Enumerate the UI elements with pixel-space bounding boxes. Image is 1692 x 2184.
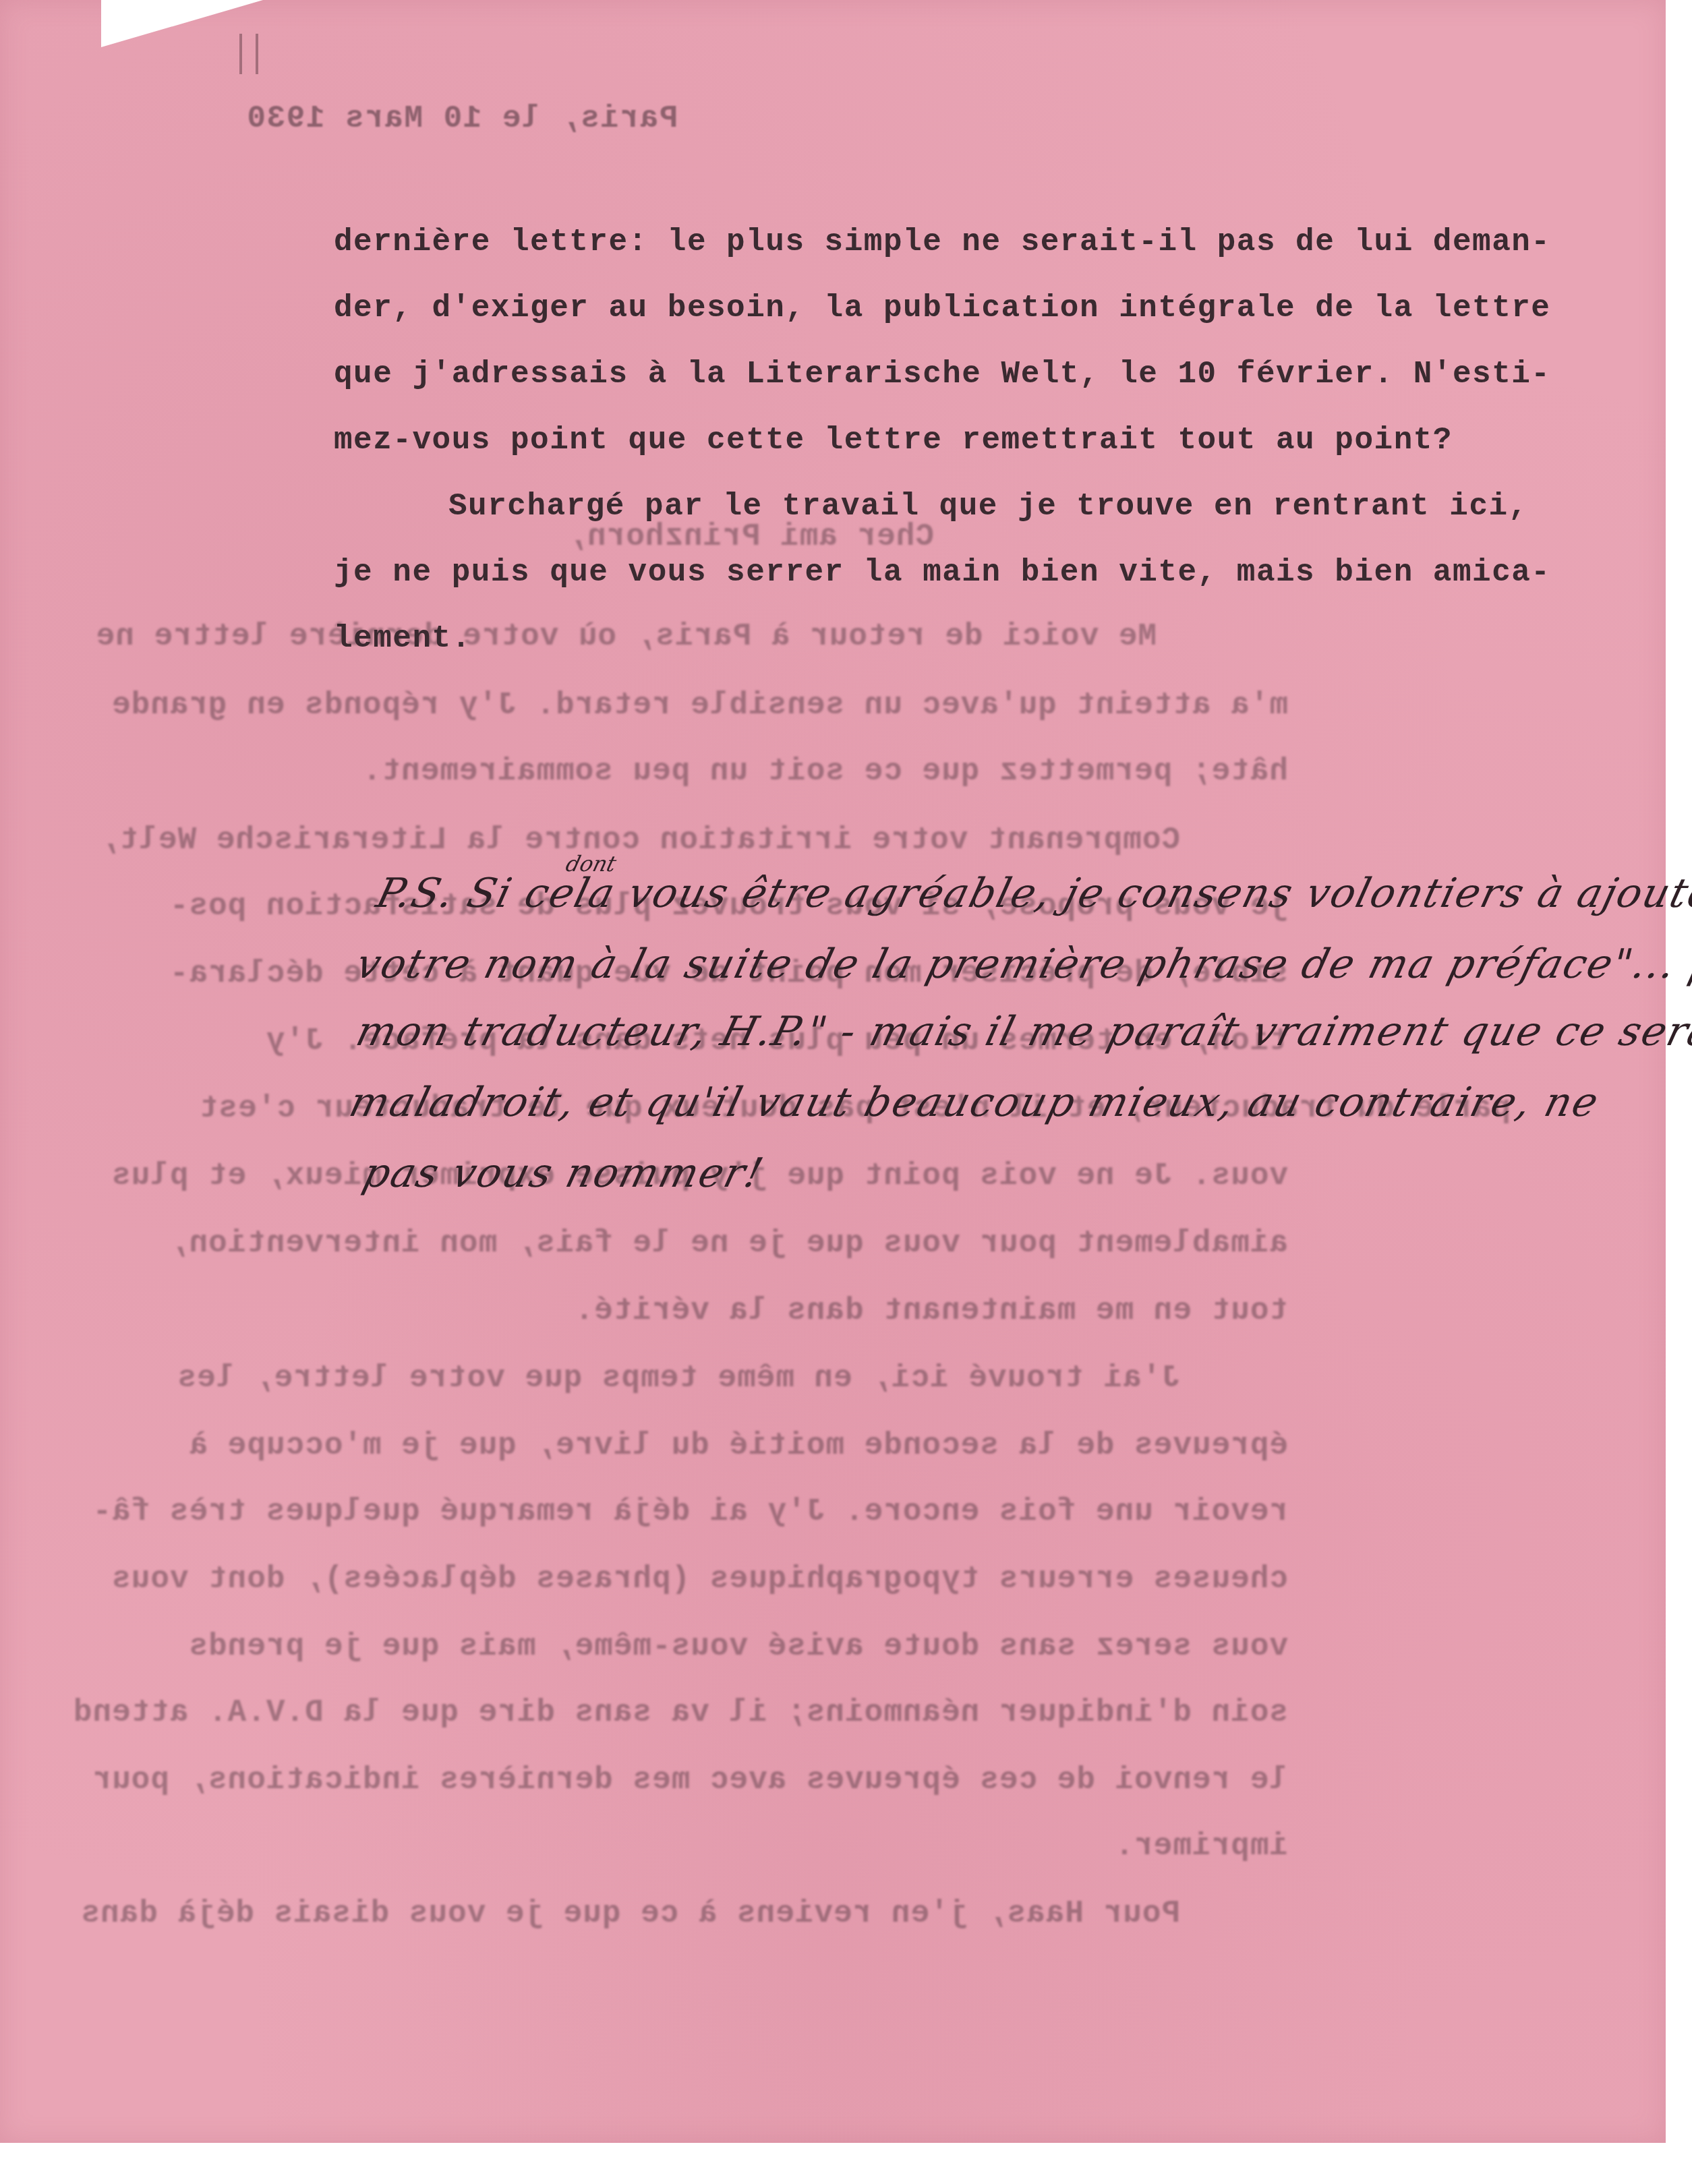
pin-hole-mark [239,34,258,74]
handwritten-line: P.S. Si cela vous être agréable, je cons… [372,870,1692,917]
bleed-line: imprimer. [1115,1829,1288,1864]
bleed-line: tout en me maintenant dans la vérité. [575,1293,1288,1328]
bleed-line: vous serez sans doute avisé vous-même, m… [189,1629,1288,1664]
body-line: Surchargé par le travail que je trouve e… [448,489,1528,524]
bleed-line: hâte; permettez que ce soit un peu somma… [362,754,1288,789]
bleed-line: aimablement pour vous que je ne le fais,… [169,1226,1288,1261]
body-line: je ne puis que vous serrer la main bien … [334,555,1550,590]
bleed-line: soin d'indiquer néanmoins; il va sans di… [73,1695,1288,1730]
handwritten-line: mon traducteur, H.P." - mais il me paraî… [351,1008,1692,1055]
letter-page: Cher ami Prinzhorn, Me voici de retour à… [0,0,1666,2143]
bleed-line: épreuves de la seconde moitié du livre, … [189,1428,1288,1463]
bleed-line: cheuses erreurs typographiques (phrases … [111,1562,1288,1597]
bleed-line: Comprenant votre irritation contre la Li… [100,823,1180,858]
bleed-line: m'a atteint qu'avec un sensible retard. … [111,688,1288,723]
handwritten-line: votre nom à la suite de la première phra… [351,941,1692,988]
torn-corner-notch [101,0,263,47]
handwritten-line: maladroit, et qu'il vaut beaucoup mieux,… [345,1079,1604,1126]
bleed-line: Me voici de retour à Paris, où votre der… [96,619,1157,654]
body-line: der, d'exiger au besoin, la publication … [334,291,1550,326]
handwritten-line: pas vous nommer! [358,1150,769,1197]
bleed-line: revoir une fois encore. J'y ai déjà rema… [92,1494,1288,1529]
date-line: Paris, le 10 Mars 1930 [246,101,678,136]
body-line: mez-vous point que cette lettre remettra… [334,423,1453,458]
bleed-line: Pour Haas, j'en reviens à ce que je vous… [81,1896,1180,1931]
bleed-line: le renvoi de ces épreuves avec mes derni… [92,1763,1288,1798]
body-line: lement. [334,621,471,656]
bleed-line: J'ai trouvé ici, en même temps que votre… [177,1361,1180,1396]
bleed-line: Cher ami Prinzhorn, [568,519,935,554]
body-line: dernière lettre: le plus simple ne serai… [334,225,1550,260]
body-line: que j'adressais à la Literarische Welt, … [334,357,1550,392]
